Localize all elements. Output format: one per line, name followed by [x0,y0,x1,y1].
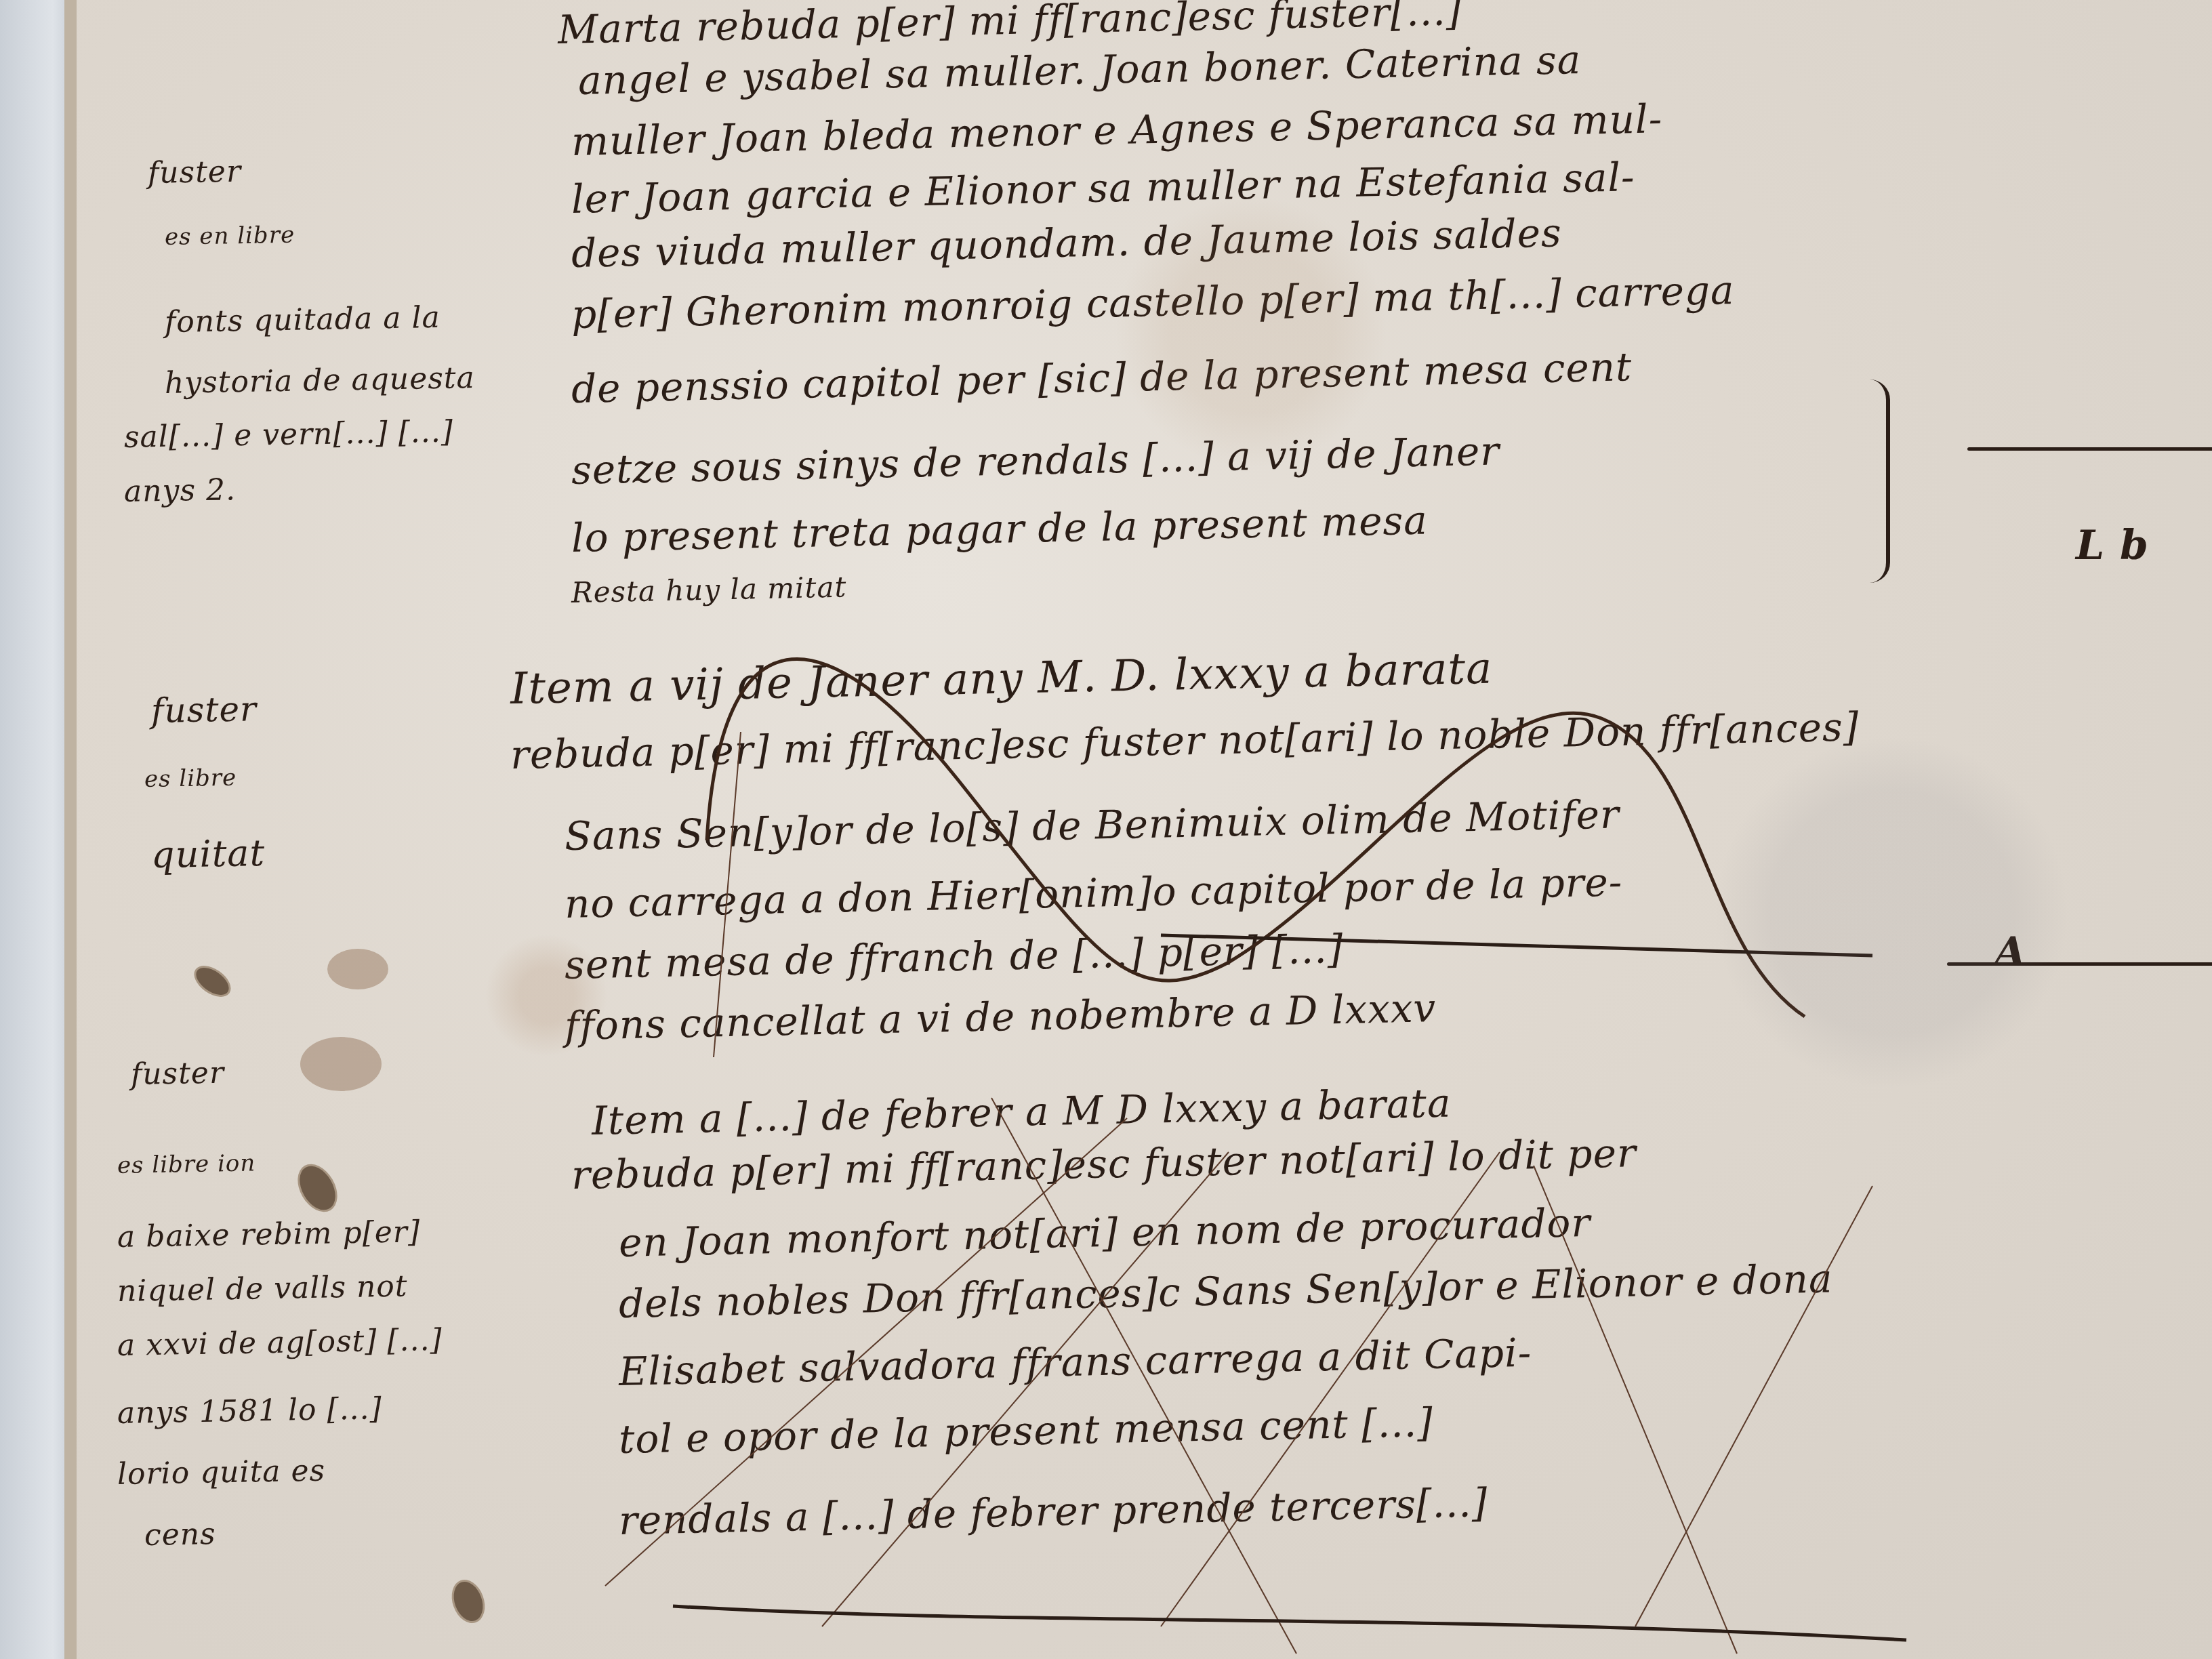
margin-note-4-line: niquel de valls not [117,1269,408,1309]
block2-line: rebuda p[er] mi ff[ranc]esc fuster not[a… [510,703,1860,778]
margin-note-4-line: es libre ion [117,1149,256,1179]
right-margin-rule [1947,962,2212,966]
block1-bracket [1866,380,1890,583]
margin-note-1-line: es en libre [165,222,295,251]
block2-line: Item a vij de Janer any M. D. lxxxy a ba… [510,644,1493,714]
margin-note-3-line: fuster [150,689,257,731]
right-margin-mark: L b [2076,522,2149,569]
worm-hole [446,1575,491,1628]
block2-line: Sans Sen[y]or de lo[s] de Benimuix olim … [564,791,1620,859]
worm-hole [289,1157,345,1218]
block1-line: setze sous sinys de rendals [...] a vij … [571,428,1500,493]
ink-stain [327,949,388,989]
margin-note-2-line: sal[...] e vern[...] [...] [124,415,454,455]
block2-line: ffons cancellat a vi de nobembre a D lxx… [564,985,1437,1049]
manuscript-page: Marta rebuda p[er] mi ff[ranc]esc fuster… [64,0,2212,1659]
right-margin-rule [1967,447,2212,451]
block2-line: sent mesa de ffranch de [...] p[er] [...… [564,926,1344,988]
ink-stain [300,1037,382,1091]
block3-line: Elisabet salvadora ffrans carrega a dit … [618,1330,1532,1395]
margin-note-2-line: anys 2. [124,472,237,509]
block3-line: rendals a [...] de febrer prende tercers… [618,1479,1488,1544]
block2-line: no carrega a don Hier[onim]o capitol por… [564,859,1623,927]
right-margin-mark: A [1994,928,2027,976]
margin-note-3-line: quitat [150,832,265,876]
block1-line: Resta huy la mitat [571,570,846,609]
block3-line: Item a [...] de febrer a M D lxxxy a bar… [591,1080,1452,1144]
block1-line: muller Joan bleda menor e Agnes e Speran… [571,96,1662,165]
margin-note-4-line: anys 1581 lo [...] [117,1391,383,1431]
block1-line: p[er] Gheronim monroig castello p[er] ma… [571,267,1735,337]
worm-hole [188,960,237,1003]
block3-line: en Joan monfort not[ari] en nom de procu… [618,1200,1591,1266]
block1-line: des viuda muller quondam. de Jaume lois … [571,209,1562,276]
margin-note-2-line: hystoria de aquesta [165,361,476,401]
margin-note-4-line: a baixe rebim p[er] [117,1214,421,1254]
block1-line: lo present treta pagar de la present mes… [571,497,1428,561]
block3-line: tol e opor de la present mensa cent [...… [618,1399,1433,1462]
margin-note-4-line: lorio quita es [117,1454,326,1492]
margin-note-3-line: es libre [144,764,237,793]
margin-note-4-line: a xxvi de ag[ost] [...] [117,1323,443,1363]
block1-line: de penssio capitol per [sic] de la prese… [571,344,1633,412]
margin-note-2-line: fonts quitada a la [165,300,441,340]
margin-note-1-line: fuster [148,155,242,190]
margin-note-4-line: fuster [131,1056,225,1092]
margin-note-4-line: cens [144,1517,216,1553]
block3-line: dels nobles Don ffr[ances]c Sans Sen[y]o… [618,1255,1833,1327]
